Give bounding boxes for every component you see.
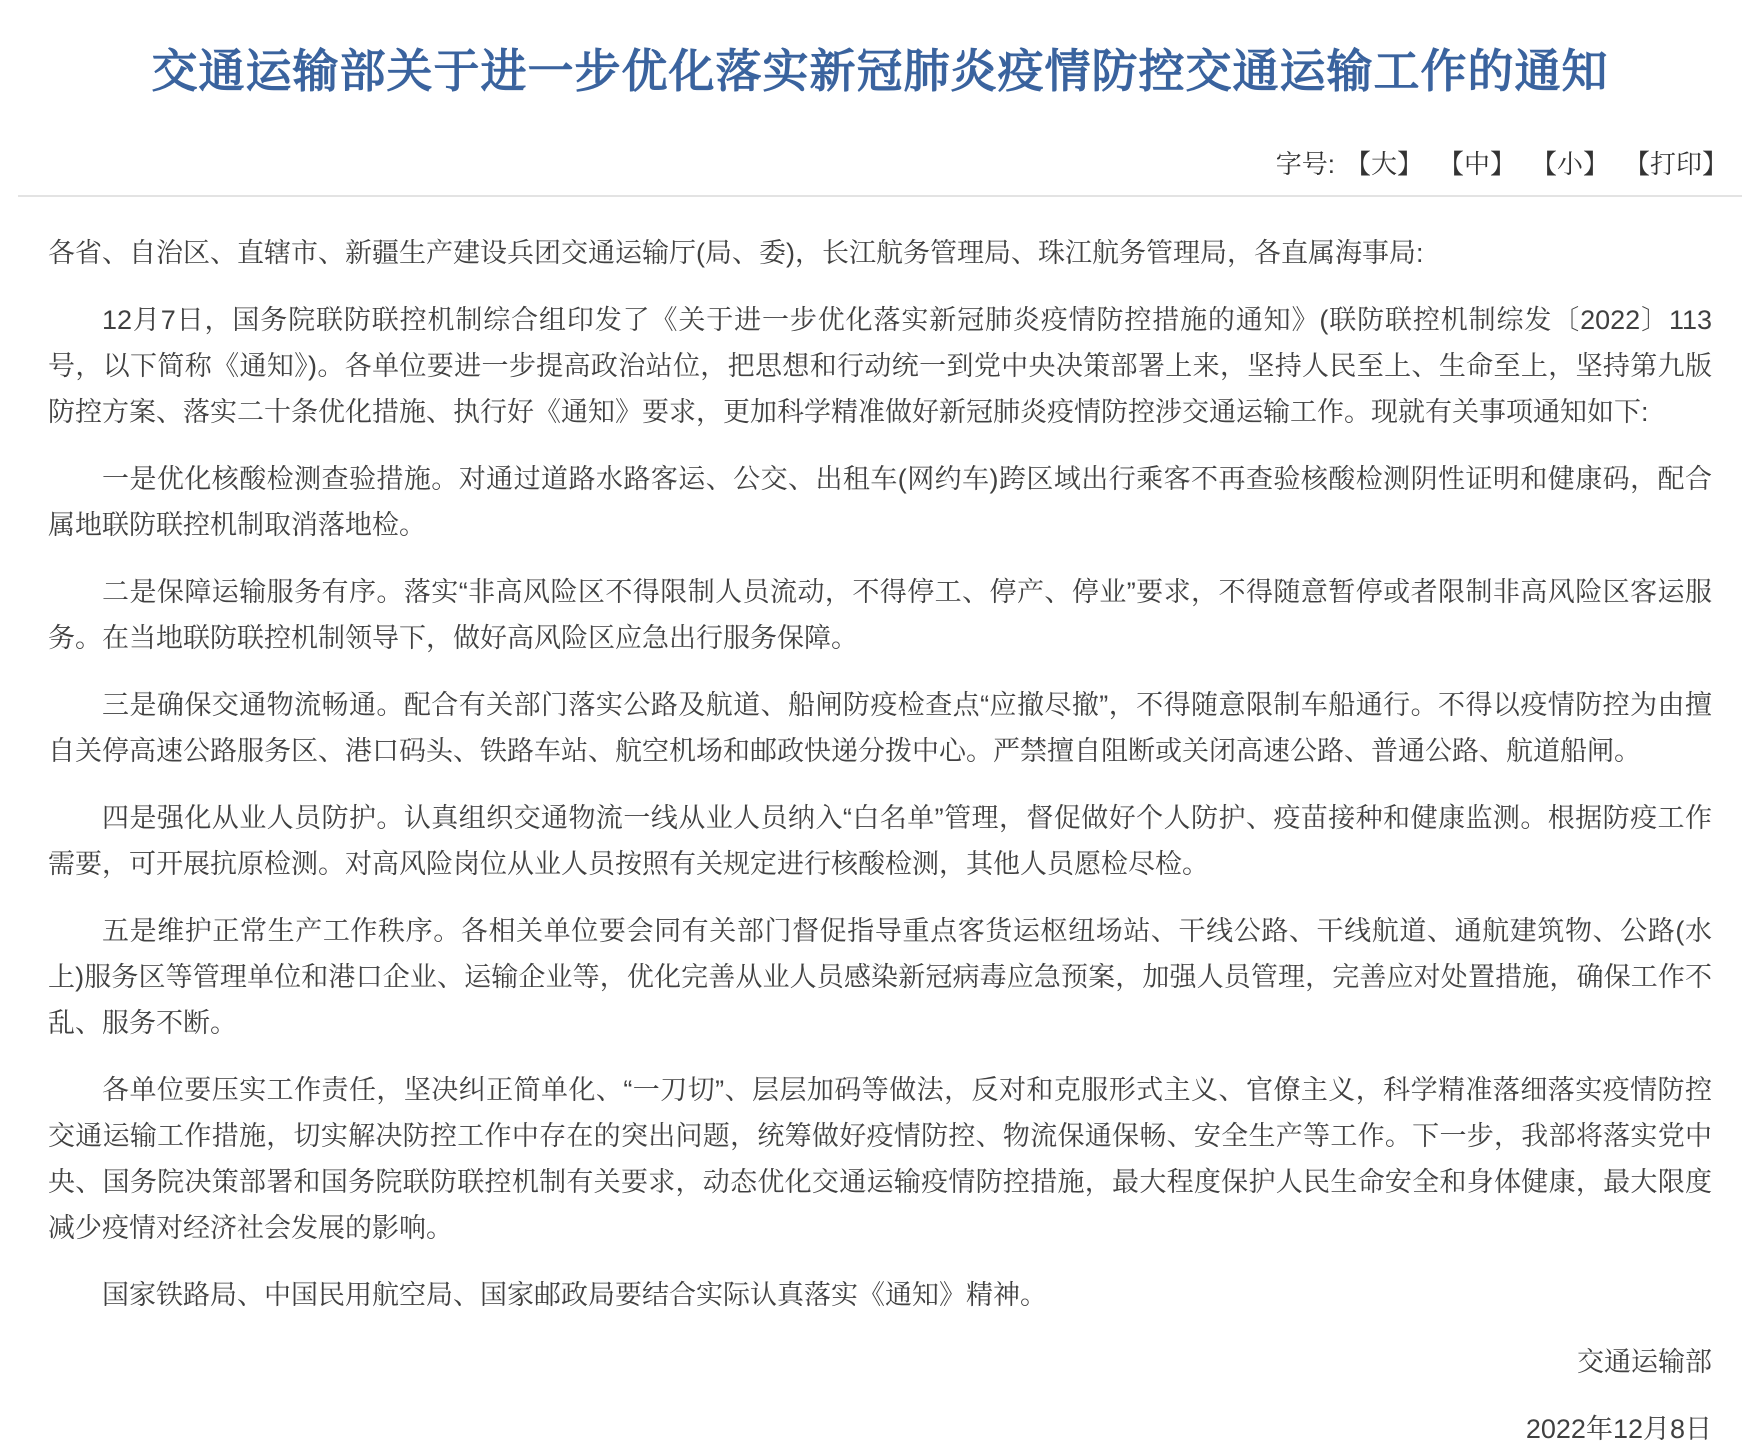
document-body: 各省、自治区、直辖市、新疆生产建设兵团交通运输厅(局、委)，长江航务管理局、珠江…	[18, 197, 1742, 1452]
paragraph: 各单位要压实工作责任，坚决纠正简单化、“一刀切”、层层加码等做法，反对和克服形式…	[48, 1067, 1712, 1251]
font-size-small-button[interactable]: 【小】	[1544, 149, 1609, 179]
page-title: 交通运输部关于进一步优化落实新冠肺炎疫情防控交通运输工作的通知	[18, 0, 1742, 98]
print-button[interactable]: 【打印】	[1637, 149, 1728, 179]
notice-page: 交通运输部关于进一步优化落实新冠肺炎疫情防控交通运输工作的通知 字号:【大】【中…	[0, 0, 1760, 1456]
font-size-medium-button[interactable]: 【中】	[1451, 149, 1516, 179]
paragraph: 二是保障运输服务有序。落实“非高风险区不得限制人员流动，不得停工、停产、停业”要…	[48, 569, 1712, 661]
document-header: 交通运输部关于进一步优化落实新冠肺炎疫情防控交通运输工作的通知 字号:【大】【中…	[18, 0, 1742, 197]
paragraph: 五是维护正常生产工作秩序。各相关单位要会同有关部门督促指导重点客货运枢纽场站、干…	[48, 908, 1712, 1046]
paragraph: 三是确保交通物流畅通。配合有关部门落实公路及航道、船闸防疫检查点“应撤尽撤”，不…	[48, 682, 1712, 774]
paragraph: 12月7日，国务院联防联控机制综合组印发了《关于进一步优化落实新冠肺炎疫情防控措…	[48, 297, 1712, 435]
salutation: 各省、自治区、直辖市、新疆生产建设兵团交通运输厅(局、委)，长江航务管理局、珠江…	[48, 230, 1712, 276]
document-date: 2022年12月8日	[48, 1406, 1712, 1452]
paragraph-list: 12月7日，国务院联防联控机制综合组印发了《关于进一步优化落实新冠肺炎疫情防控措…	[48, 297, 1712, 1318]
signature: 交通运输部	[48, 1339, 1712, 1385]
paragraph: 四是强化从业人员防护。认真组织交通物流一线从业人员纳入“白名单”管理，督促做好个…	[48, 795, 1712, 887]
paragraph: 国家铁路局、中国民用航空局、国家邮政局要结合实际认真落实《通知》精神。	[48, 1272, 1712, 1318]
font-size-large-button[interactable]: 【大】	[1345, 149, 1423, 179]
font-size-label: 字号:	[1276, 149, 1335, 179]
font-size-toolbar: 字号:【大】【中】【小】【打印】	[18, 144, 1742, 181]
paragraph: 一是优化核酸检测查验措施。对通过道路水路客运、公交、出租车(网约车)跨区域出行乘…	[48, 456, 1712, 548]
